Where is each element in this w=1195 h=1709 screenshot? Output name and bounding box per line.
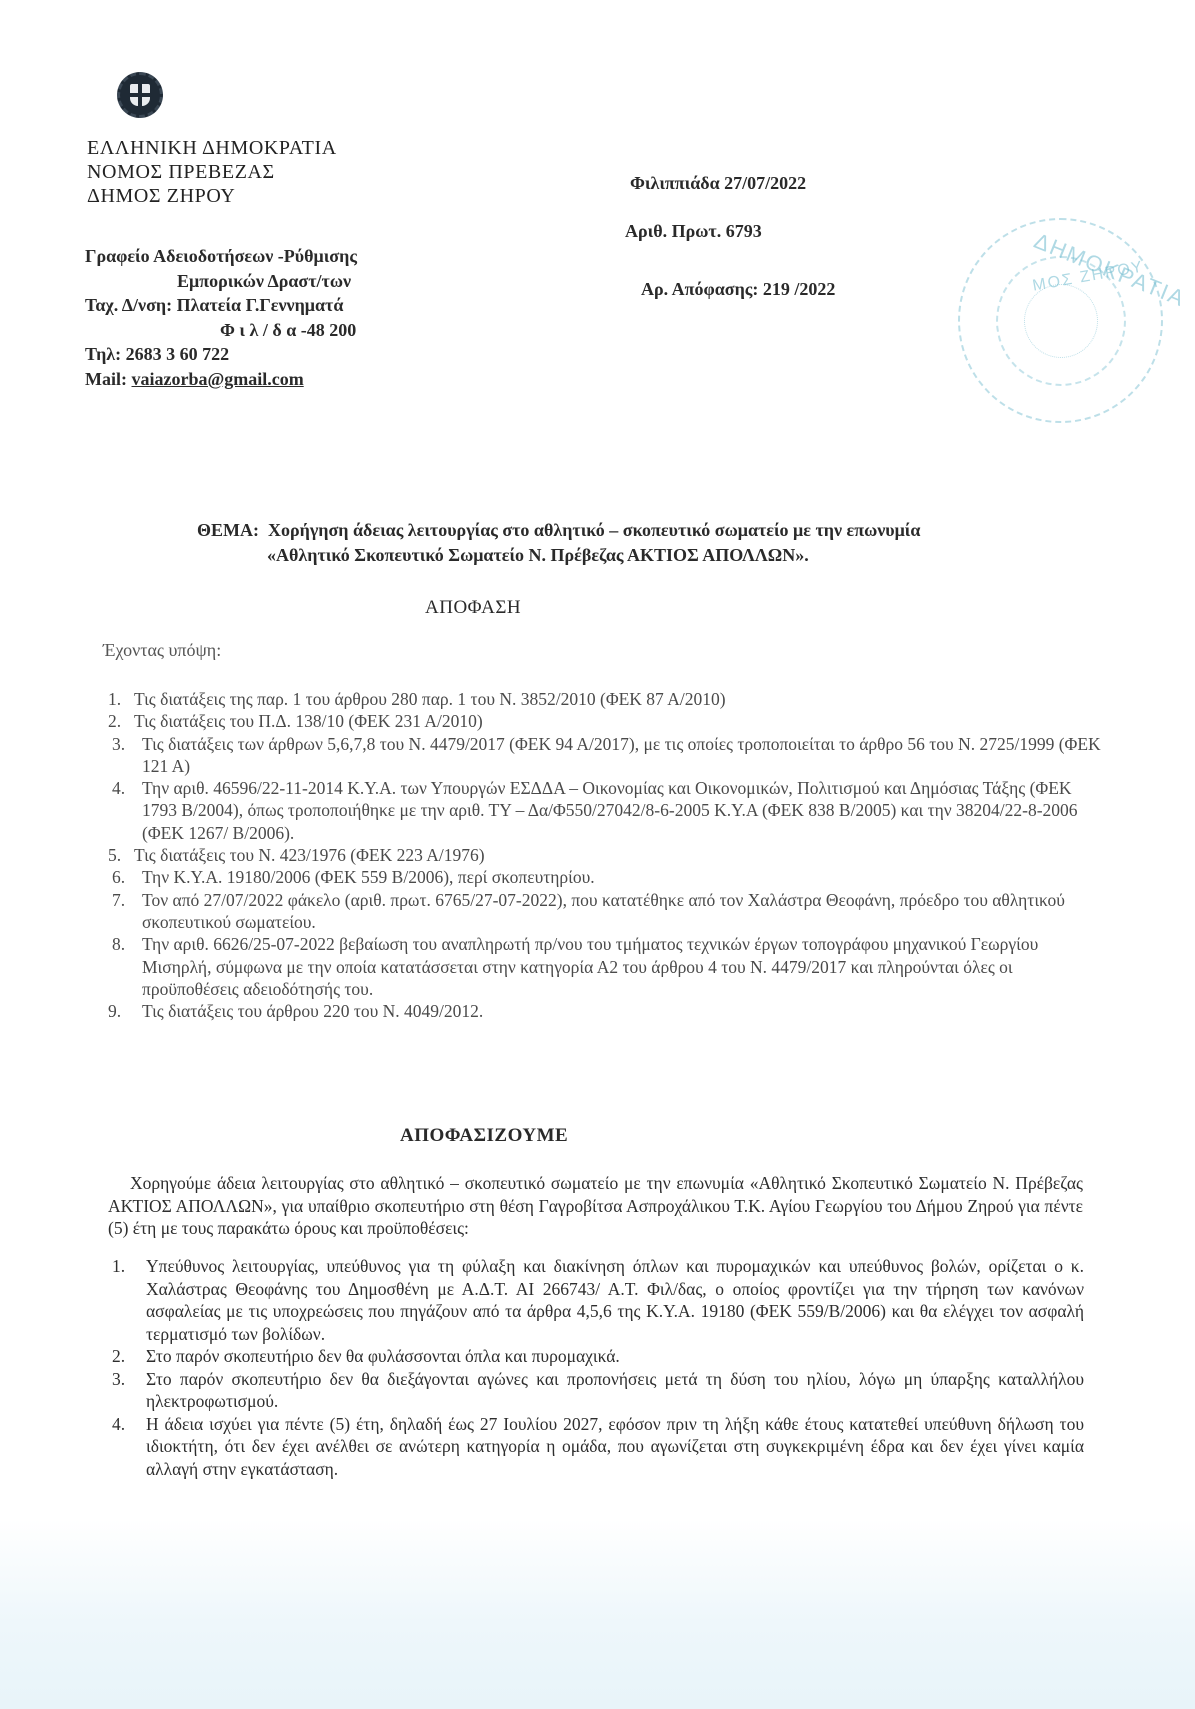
protocol-number: Αριθ. Πρωτ. 6793 <box>625 221 762 242</box>
authority-line-municipality: ΔΗΜΟΣ ΖΗΡΟΥ <box>87 184 337 208</box>
office-name: Γραφείο Αδειοδοτήσεων -Ρύθμισης <box>85 244 357 269</box>
item-number: 7. <box>112 889 125 911</box>
consideration-item: 1.Τις διατάξεις της παρ. 1 του άρθρου 28… <box>108 688 1108 710</box>
item-text: Τις διατάξεις του Ν. 423/1976 (ΦΕΚ 223 Α… <box>134 845 485 865</box>
consideration-item: 7.Τον από 27/07/2022 φάκελο (αριθ. πρωτ.… <box>108 889 1108 934</box>
item-number: 4. <box>112 777 125 799</box>
term-text: Στο παρόν σκοπευτήριο δεν θα φυλάσσονται… <box>146 1346 620 1366</box>
considerations-list: 1.Τις διατάξεις της παρ. 1 του άρθρου 28… <box>108 688 1108 1022</box>
office-city: Φ ι λ / δ α -48 200 <box>85 318 357 343</box>
term-text: Η άδεια ισχύει για πέντε (5) έτη, δηλαδή… <box>146 1414 1084 1479</box>
term-item: 2.Στο παρόν σκοπευτήριο δεν θα φυλάσσοντ… <box>112 1345 1084 1368</box>
official-stamp: ΔΗΜΟΚΡΑΤΙΑ ΜΟΣ ΖΗΡΟΥ <box>958 218 1163 423</box>
item-number: 8. <box>112 933 125 955</box>
grant-paragraph: Χορηγούμε άδεια λειτουργίας στο αθλητικό… <box>108 1172 1083 1240</box>
consideration-item: 4.Την αριθ. 46596/22-11-2014 Κ.Υ.Α. των … <box>108 777 1108 844</box>
term-text: Στο παρόν σκοπευτήριο δεν θα διεξάγονται… <box>146 1369 1084 1412</box>
item-text: Την αριθ. 46596/22-11-2014 Κ.Υ.Α. των Υπ… <box>142 778 1078 843</box>
consideration-item: 6.Την Κ.Υ.Α. 19180/2006 (ΦΕΚ 559 Β/2006)… <box>108 866 1108 888</box>
item-text: Τις διατάξεις του άρθρου 220 του Ν. 4049… <box>142 1001 483 1021</box>
item-number: 2. <box>108 710 121 732</box>
subject-block: ΘΕΜΑ: Χορήγηση άδειας λειτουργίας στο αθ… <box>197 518 920 568</box>
item-number: 3. <box>112 733 125 755</box>
decision-number: Αρ. Απόφασης: 219 /2022 <box>641 279 835 300</box>
office-department: Εμπορικών Δραστ/των <box>85 269 357 294</box>
subject-line-1: ΘΕΜΑ: Χορήγηση άδειας λειτουργίας στο αθ… <box>197 518 920 543</box>
item-text: Την αριθ. 6626/25-07-2022 βεβαίωση του α… <box>142 934 1038 999</box>
office-phone: Τηλ: 2683 3 60 722 <box>85 342 357 367</box>
terms-list: 1.Υπεύθυνος λειτουργίας, υπεύθυνος για τ… <box>112 1255 1084 1480</box>
consideration-item: 2.Τις διατάξεις του Π.Δ. 138/10 (ΦΕΚ 231… <box>108 710 1108 732</box>
place-date: Φιλιππιάδα 27/07/2022 <box>630 173 806 194</box>
item-number: 1. <box>108 688 121 710</box>
item-number: 5. <box>108 844 121 866</box>
consideration-item: 9.Τις διατάξεις του άρθρου 220 του Ν. 40… <box>108 1000 1108 1022</box>
considering-intro: Έχοντας υπόψη: <box>103 640 221 661</box>
term-number: 2. <box>112 1345 125 1368</box>
consideration-item: 3.Τις διατάξεις των άρθρων 5,6,7,8 του Ν… <box>108 733 1108 778</box>
item-text: Τις διατάξεις της παρ. 1 του άρθρου 280 … <box>134 689 726 709</box>
item-text: Τον από 27/07/2022 φάκελο (αριθ. πρωτ. 6… <box>142 890 1065 932</box>
term-number: 3. <box>112 1368 125 1391</box>
mail-label: Mail: <box>85 369 132 389</box>
item-number: 9. <box>108 1000 121 1022</box>
office-mail: Mail: vaiazorba@gmail.com <box>85 367 357 392</box>
we-decide-heading: ΑΠΟΦΑΣΙΖΟΥΜΕ <box>400 1125 568 1147</box>
consideration-item: 5.Τις διατάξεις του Ν. 423/1976 (ΦΕΚ 223… <box>108 844 1108 866</box>
authority-line-country: ΕΛΛΗΝΙΚΗ ΔΗΜΟΚΡΑΤΙΑ <box>87 136 337 160</box>
term-number: 1. <box>112 1255 125 1278</box>
subject-line-2: «Αθλητικό Σκοπευτικό Σωματείο Ν. Πρέβεζα… <box>197 543 920 568</box>
item-text: Τις διατάξεις των άρθρων 5,6,7,8 του Ν. … <box>142 734 1101 776</box>
office-address: Ταχ. Δ/νση: Πλατεία Γ.Γεννηματά <box>85 293 357 318</box>
term-item: 4.Η άδεια ισχύει για πέντε (5) έτη, δηλα… <box>112 1413 1084 1481</box>
decision-heading: ΑΠΟΦΑΣΗ <box>425 597 521 619</box>
mail-link[interactable]: vaiazorba@gmail.com <box>132 369 304 389</box>
term-number: 4. <box>112 1413 125 1436</box>
item-text: Την Κ.Υ.Α. 19180/2006 (ΦΕΚ 559 Β/2006), … <box>142 867 595 887</box>
scan-tint <box>0 1519 1195 1709</box>
issuing-authority: ΕΛΛΗΝΙΚΗ ΔΗΜΟΚΡΑΤΙΑ ΝΟΜΟΣ ΠΡΕΒΕΖΑΣ ΔΗΜΟΣ… <box>87 136 337 208</box>
subject-label: ΘΕΜΑ: <box>197 520 259 540</box>
term-item: 1.Υπεύθυνος λειτουργίας, υπεύθυνος για τ… <box>112 1255 1084 1345</box>
term-item: 3.Στο παρόν σκοπευτήριο δεν θα διεξάγοντ… <box>112 1368 1084 1413</box>
cross-shield-icon <box>130 84 150 106</box>
authority-line-prefecture: ΝΟΜΟΣ ΠΡΕΒΕΖΑΣ <box>87 160 337 184</box>
consideration-item: 8.Την αριθ. 6626/25-07-2022 βεβαίωση του… <box>108 933 1108 1000</box>
office-contact-block: Γραφείο Αδειοδοτήσεων -Ρύθμισης Εμπορικώ… <box>85 244 357 391</box>
term-text: Υπεύθυνος λειτουργίας, υπεύθυνος για τη … <box>146 1256 1084 1344</box>
item-number: 6. <box>112 866 125 888</box>
subject-text: Χορήγηση άδειας λειτουργίας στο αθλητικό… <box>268 520 920 540</box>
greek-coat-of-arms-icon <box>117 72 163 118</box>
item-text: Τις διατάξεις του Π.Δ. 138/10 (ΦΕΚ 231 Α… <box>134 711 483 731</box>
